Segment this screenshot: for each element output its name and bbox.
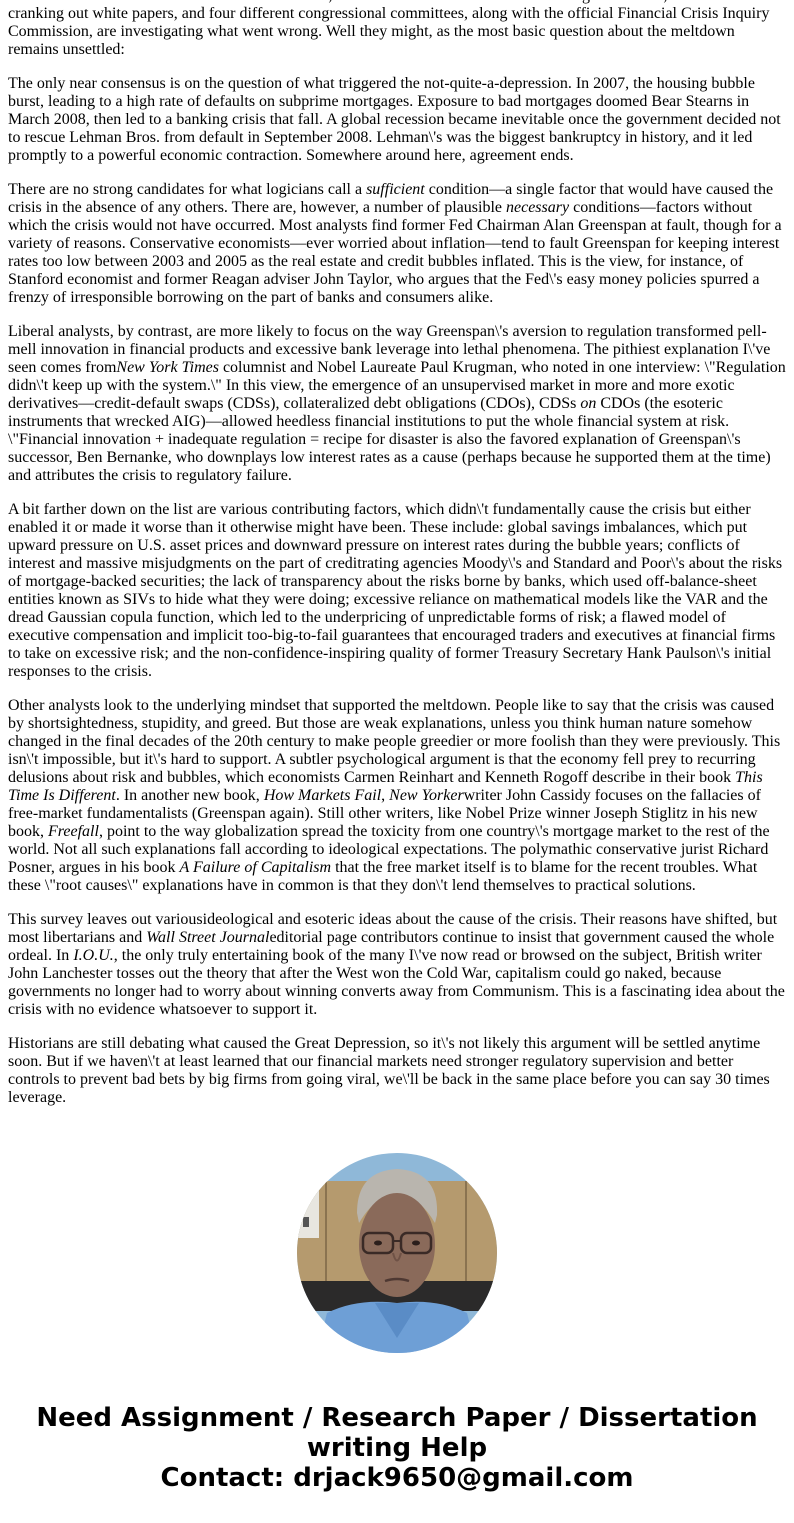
paragraph: Liberal analysts, by contrast, are more … (8, 323, 788, 485)
profile-photo (297, 1153, 497, 1353)
italic-title: I.O.U. (73, 947, 113, 964)
article-body: As the financial crisis of 2008-09 draws… (8, 0, 788, 1123)
cta-headline: Need Assignment / Research Paper / Disse… (0, 1403, 794, 1433)
contact-banner: Need Assignment / Research Paper / Disse… (0, 1403, 794, 1493)
paragraph: A bit farther down on the list are vario… (8, 501, 788, 681)
italic-title: A Failure of Capitalism (180, 859, 332, 876)
paragraph: This survey leaves out variousideologica… (8, 911, 788, 1019)
italic-title: sufficient (366, 181, 425, 198)
italic-title: This Time Is Different (8, 769, 763, 804)
paragraph: Historians are still debating what cause… (8, 1035, 788, 1107)
italic-title: necessary (506, 199, 569, 216)
italic-title: on (580, 395, 596, 412)
paragraph: There are no strong candidates for what … (8, 181, 788, 307)
cta-contact-email: Contact: drjack9650@gmail.com (0, 1463, 794, 1493)
paragraph: The only near consensus is on the questi… (8, 75, 788, 165)
cta-subheadline: writing Help (0, 1433, 794, 1463)
paragraph: As the financial crisis of 2008-09 draws… (8, 0, 788, 59)
italic-title: Freefall (48, 823, 99, 840)
italic-title: Wall Street Journal (146, 929, 269, 946)
italic-title: How Markets Fail (264, 787, 381, 804)
portrait-image (297, 1153, 497, 1353)
italic-title: New Yorker (389, 787, 464, 804)
italic-title: New York Times (116, 359, 219, 376)
paragraph: Other analysts look to the underlying mi… (8, 697, 788, 895)
